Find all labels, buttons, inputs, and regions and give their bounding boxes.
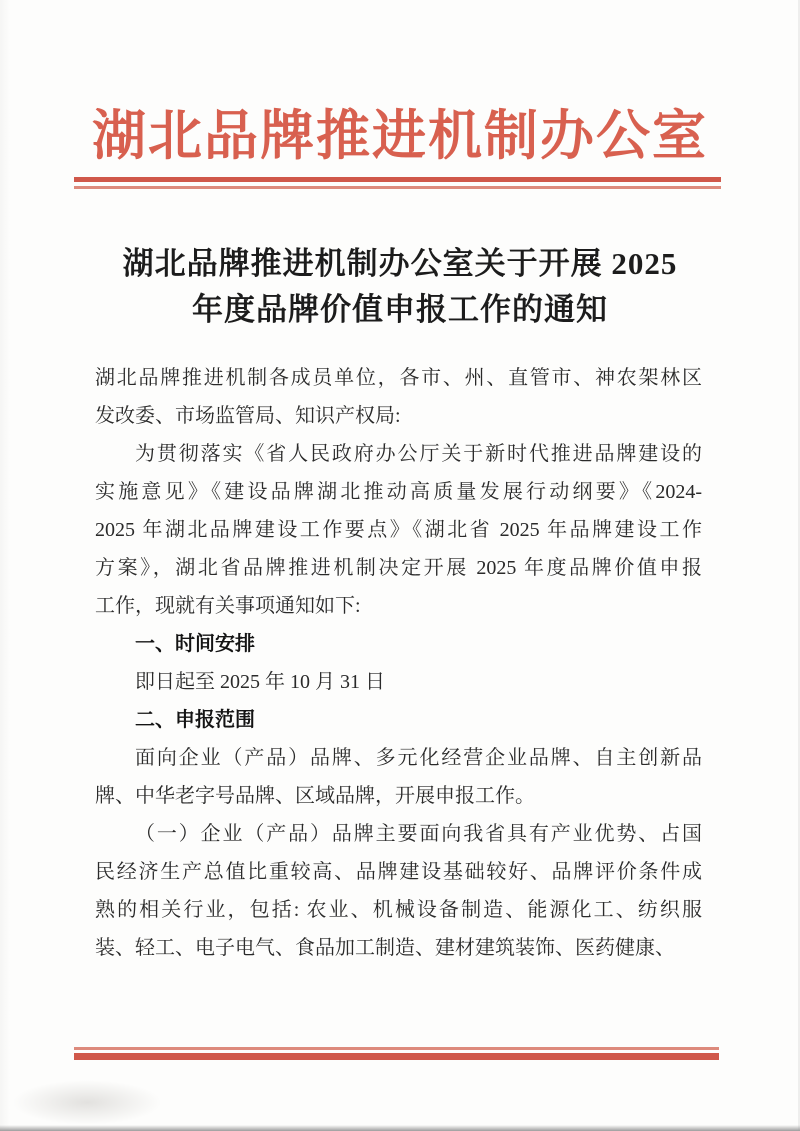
body-line: 发改委、市场监管局、知识产权局: [95,397,702,435]
body-line: 熟的相关行业，包括: 农业、机械设备制造、能源化工、纺织服 [95,891,702,929]
section-heading: 二、申报范围 [95,701,702,739]
body-line: 湖北品牌推进机制各成员单位，各市、州、直管市、神农架林区 [95,359,702,397]
document-title-line-2: 年度品牌价值申报工作的通知 [40,287,760,333]
document-title-line-1: 湖北品牌推进机制办公室关于开展 2025 [40,241,760,287]
scan-edge-bottom [0,1125,800,1131]
body-line: 面向企业（产品）品牌、多元化经营企业品牌、自主创新品 [95,739,702,777]
document-body: 湖北品牌推进机制各成员单位，各市、州、直管市、神农架林区发改委、市场监管局、知识… [95,359,702,967]
letterhead-org-name: 湖北品牌推进机制办公室 [0,108,800,165]
document-page: 湖北品牌推进机制办公室 湖北品牌推进机制办公室关于开展 2025 年度品牌价值申… [0,0,800,1131]
body-line: 牌、中华老字号品牌、区域品牌，开展申报工作。 [95,777,702,815]
letterhead-rule-thin [74,186,721,189]
body-line: 工作，现就有关事项通知如下: [95,587,702,625]
document-title: 湖北品牌推进机制办公室关于开展 2025 年度品牌价值申报工作的通知 [40,241,760,333]
body-line: 即日起至 2025 年 10 月 31 日 [95,663,702,701]
body-line: 方案》，湖北省品牌推进机制决定开展 2025 年度品牌价值申报 [95,549,702,587]
body-line: 为贯彻落实《省人民政府办公厅关于新时代推进品牌建设的 [95,435,702,473]
footer-rule-thin [74,1047,719,1050]
body-line: 2025 年湖北品牌建设工作要点》《湖北省 2025 年品牌建设工作 [95,511,702,549]
body-line: 装、轻工、电子电气、食品加工制造、建材建筑装饰、医药健康、 [95,929,702,967]
body-line: 实施意见》《建设品牌湖北推动高质量发展行动纲要》《2024- [95,473,702,511]
scan-artifact-smudge [12,1080,162,1125]
letterhead-rule-thick [74,177,721,182]
scan-edge-left [0,0,10,1131]
footer-rule-thick [74,1053,719,1060]
section-heading: 一、时间安排 [95,625,702,663]
body-line: （一）企业（产品）品牌主要面向我省具有产业优势、占国 [95,815,702,853]
body-line: 民经济生产总值比重较高、品牌建设基础较好、品牌评价条件成 [95,853,702,891]
